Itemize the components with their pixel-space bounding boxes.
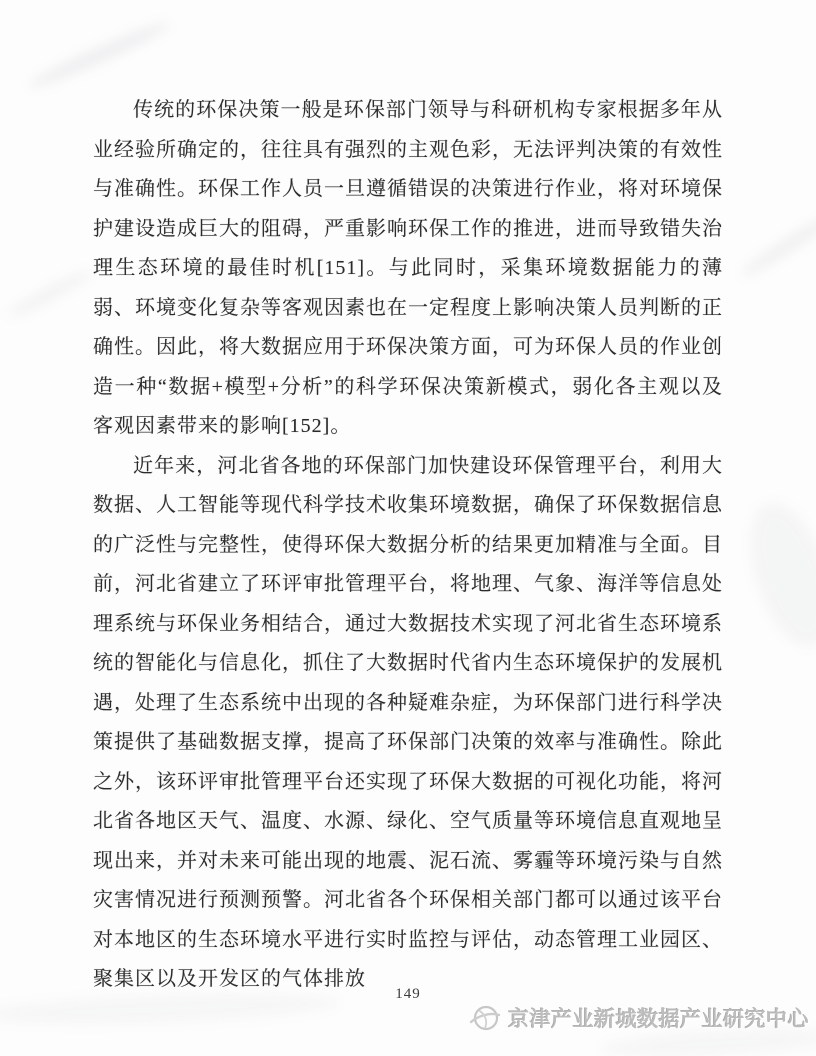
watermark-smudge	[735, 493, 816, 657]
swirl-globe-icon	[468, 1002, 502, 1034]
document-page: 传统的环保决策一般是环保部门领导与科研机构专家根据多年从业经验所确定的，往往具有…	[0, 0, 816, 1056]
footer-logo: 京津产业新城数据产业研究中心	[468, 1002, 809, 1034]
watermark-smudge	[26, 17, 173, 93]
page-number: 149	[0, 986, 816, 1003]
body-paragraph: 近年来，河北省各地的环保部门加快建设环保管理平台，利用大数据、人工智能等现代科学…	[93, 447, 723, 1000]
footer-logo-text: 京津产业新城数据产业研究中心	[508, 1003, 809, 1033]
page-body: 传统的环保决策一般是环保部门领导与科研机构专家根据多年从业经验所确定的，往往具有…	[93, 91, 723, 1000]
body-paragraph: 传统的环保决策一般是环保部门领导与科研机构专家根据多年从业经验所确定的，往往具有…	[93, 91, 723, 447]
watermark-smudge	[5, 266, 95, 321]
watermark-smudge	[738, 208, 816, 282]
